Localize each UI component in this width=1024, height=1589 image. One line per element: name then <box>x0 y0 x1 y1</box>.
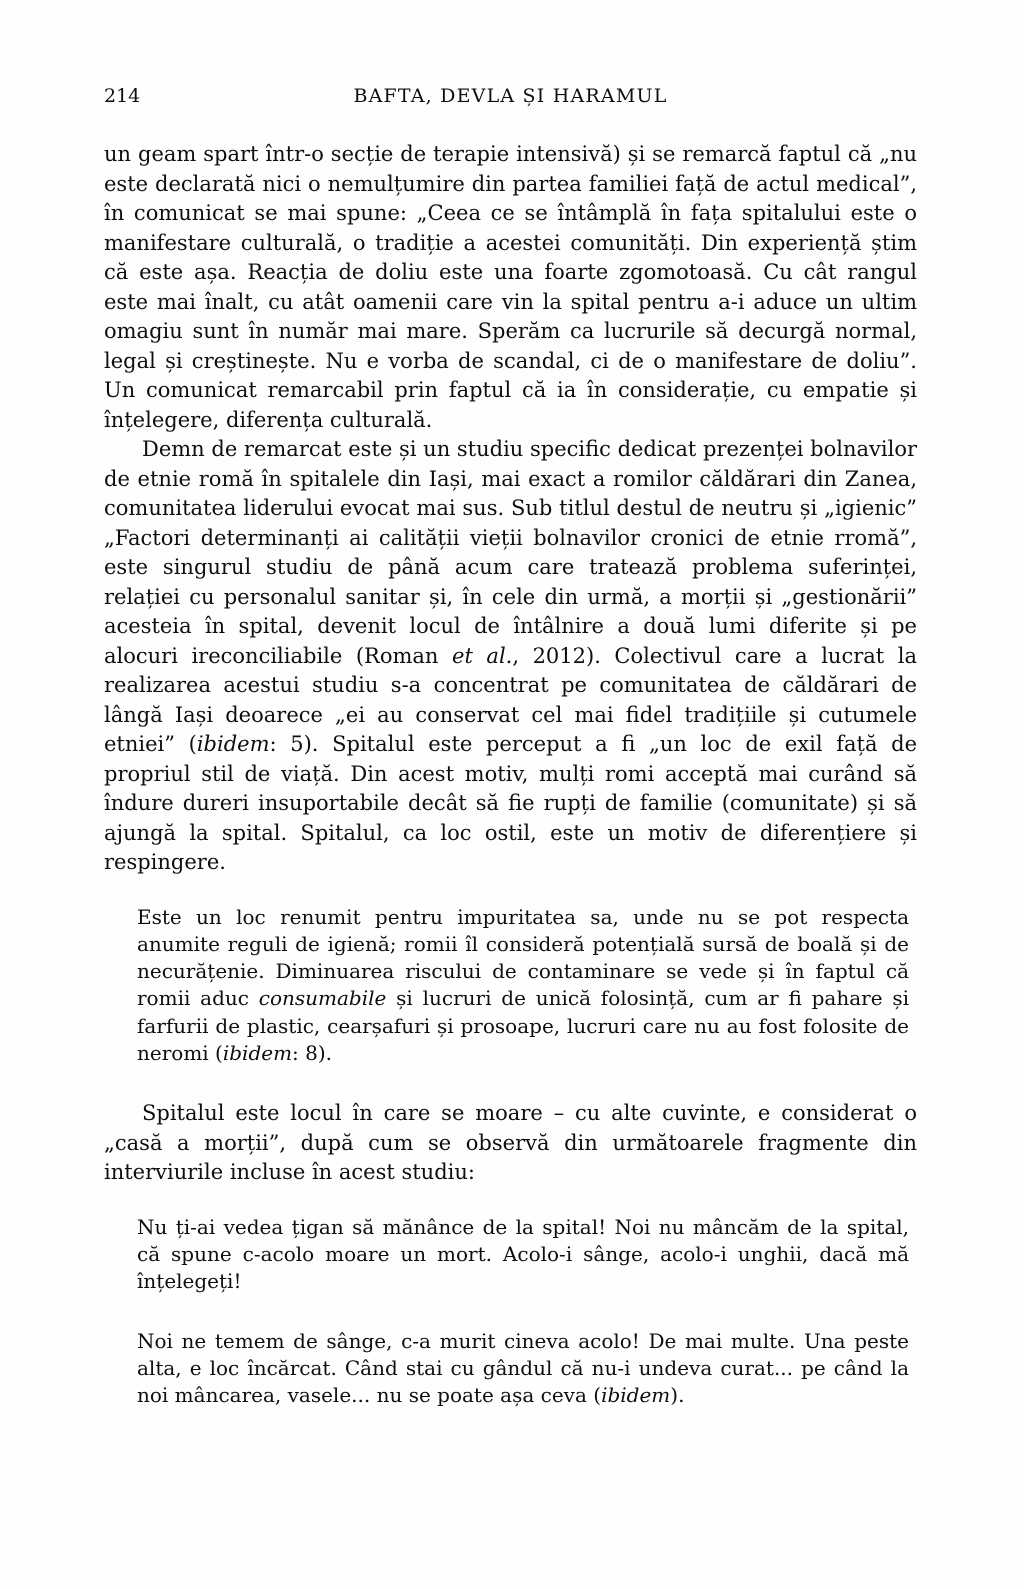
page-body: un geam spart într-o secție de terapie i… <box>104 140 917 1410</box>
book-page: 214 BAFTA, DEVLA ȘI HARAMUL un geam spar… <box>0 0 1024 1589</box>
text-segment: : 8). <box>292 1041 332 1065</box>
paragraph-intro-continuation: un geam spart într-o secție de terapie i… <box>104 140 917 435</box>
paragraph-study: Demn de remarcat este și un studiu speci… <box>104 435 917 878</box>
italic-et-al: et al. <box>452 644 512 668</box>
text-segment: Demn de remarcat este și un studiu speci… <box>104 437 917 668</box>
text-segment: ). <box>670 1383 684 1407</box>
page-header: 214 BAFTA, DEVLA ȘI HARAMUL <box>104 84 917 108</box>
paragraph-house-of-death: Spitalul este locul în care se moare – c… <box>104 1099 917 1188</box>
quote-impurity: Este un loc renumit pentru impuritatea s… <box>137 904 909 1068</box>
quote-interview-2: Noi ne temem de sânge, c-a murit cineva … <box>137 1328 909 1410</box>
quote-interview-1: Nu ți-ai vedea țigan să mănânce de la sp… <box>137 1214 909 1296</box>
italic-consumabile: consumabile <box>259 986 387 1010</box>
italic-ibidem: ibidem <box>601 1383 670 1407</box>
text-segment: Noi ne temem de sânge, c-a murit cineva … <box>137 1329 909 1408</box>
italic-ibidem: ibidem <box>223 1041 292 1065</box>
italic-ibidem: ibidem <box>197 732 270 756</box>
running-title: BAFTA, DEVLA ȘI HARAMUL <box>104 84 917 108</box>
